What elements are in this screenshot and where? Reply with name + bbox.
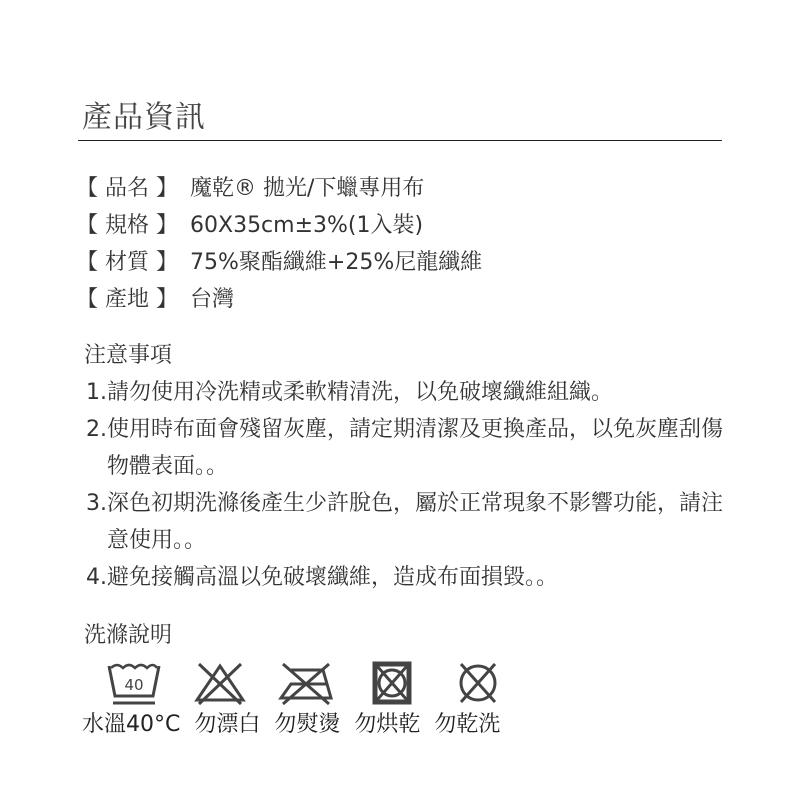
care-label: 勿熨燙: [274, 707, 340, 738]
spec-value: 60X35cm±3%(1入裝): [190, 208, 423, 239]
spec-row-origin: 【 產地 】 台灣: [76, 279, 482, 316]
spec-value: 台灣: [190, 282, 234, 313]
spec-row-material: 【 材質 】 75%聚酯纖維+25%尼龍纖維: [76, 242, 482, 279]
spec-value: 75%聚酯纖維+25%尼龍纖維: [190, 245, 482, 276]
care-label: 勿烘乾: [354, 707, 420, 738]
note-item: 1.請勿使用冷洗精或柔軟精清洗，以免破壞纖維組織。: [86, 374, 726, 411]
spec-label: 【 規格 】: [76, 208, 190, 239]
no-tumble-dry-icon: [363, 660, 421, 706]
spec-label: 【 材質 】: [76, 245, 190, 276]
washing-title: 洗滌說明: [84, 618, 172, 649]
spec-label: 【 品名 】: [76, 171, 190, 202]
spec-value: 魔乾® 拋光/下蠟專用布: [190, 171, 424, 202]
svg-text:40: 40: [124, 676, 143, 694]
notes-title: 注意事項: [84, 338, 172, 369]
spec-row-name: 【 品名 】 魔乾® 拋光/下蠟專用布: [76, 168, 482, 205]
page-title: 產品資訊: [82, 92, 206, 136]
no-bleach-icon: [191, 660, 249, 706]
spec-row-size: 【 規格 】 60X35cm±3%(1入裝): [76, 205, 482, 242]
care-icons: 40: [105, 660, 535, 706]
wash-40-icon: 40: [105, 660, 163, 706]
care-label: 勿漂白: [194, 707, 260, 738]
no-iron-icon: [277, 660, 335, 706]
spec-label: 【 產地 】: [76, 282, 190, 313]
spec-list: 【 品名 】 魔乾® 拋光/下蠟專用布 【 規格 】 60X35cm±3%(1入…: [76, 168, 482, 316]
care-labels: 水溫40°C 勿漂白 勿熨燙 勿烘乾 勿乾洗: [82, 707, 514, 738]
note-item: 2.使用時布面會殘留灰塵，請定期清潔及更換產品，以免灰塵刮傷物體表面。。: [86, 411, 726, 485]
care-label: 勿乾洗: [434, 707, 500, 738]
no-dry-clean-icon: [449, 660, 507, 706]
divider: [78, 140, 722, 141]
note-item: 3.深色初期洗滌後產生少許脫色，屬於正常現象不影響功能，請注意使用。。: [86, 485, 726, 559]
care-label: 水溫40°C: [82, 707, 180, 738]
notes-list: 1.請勿使用冷洗精或柔軟精清洗，以免破壞纖維組織。 2.使用時布面會殘留灰塵，請…: [86, 374, 726, 596]
note-item: 4.避免接觸高溫以免破壞纖維，造成布面損毀。。: [86, 559, 726, 596]
